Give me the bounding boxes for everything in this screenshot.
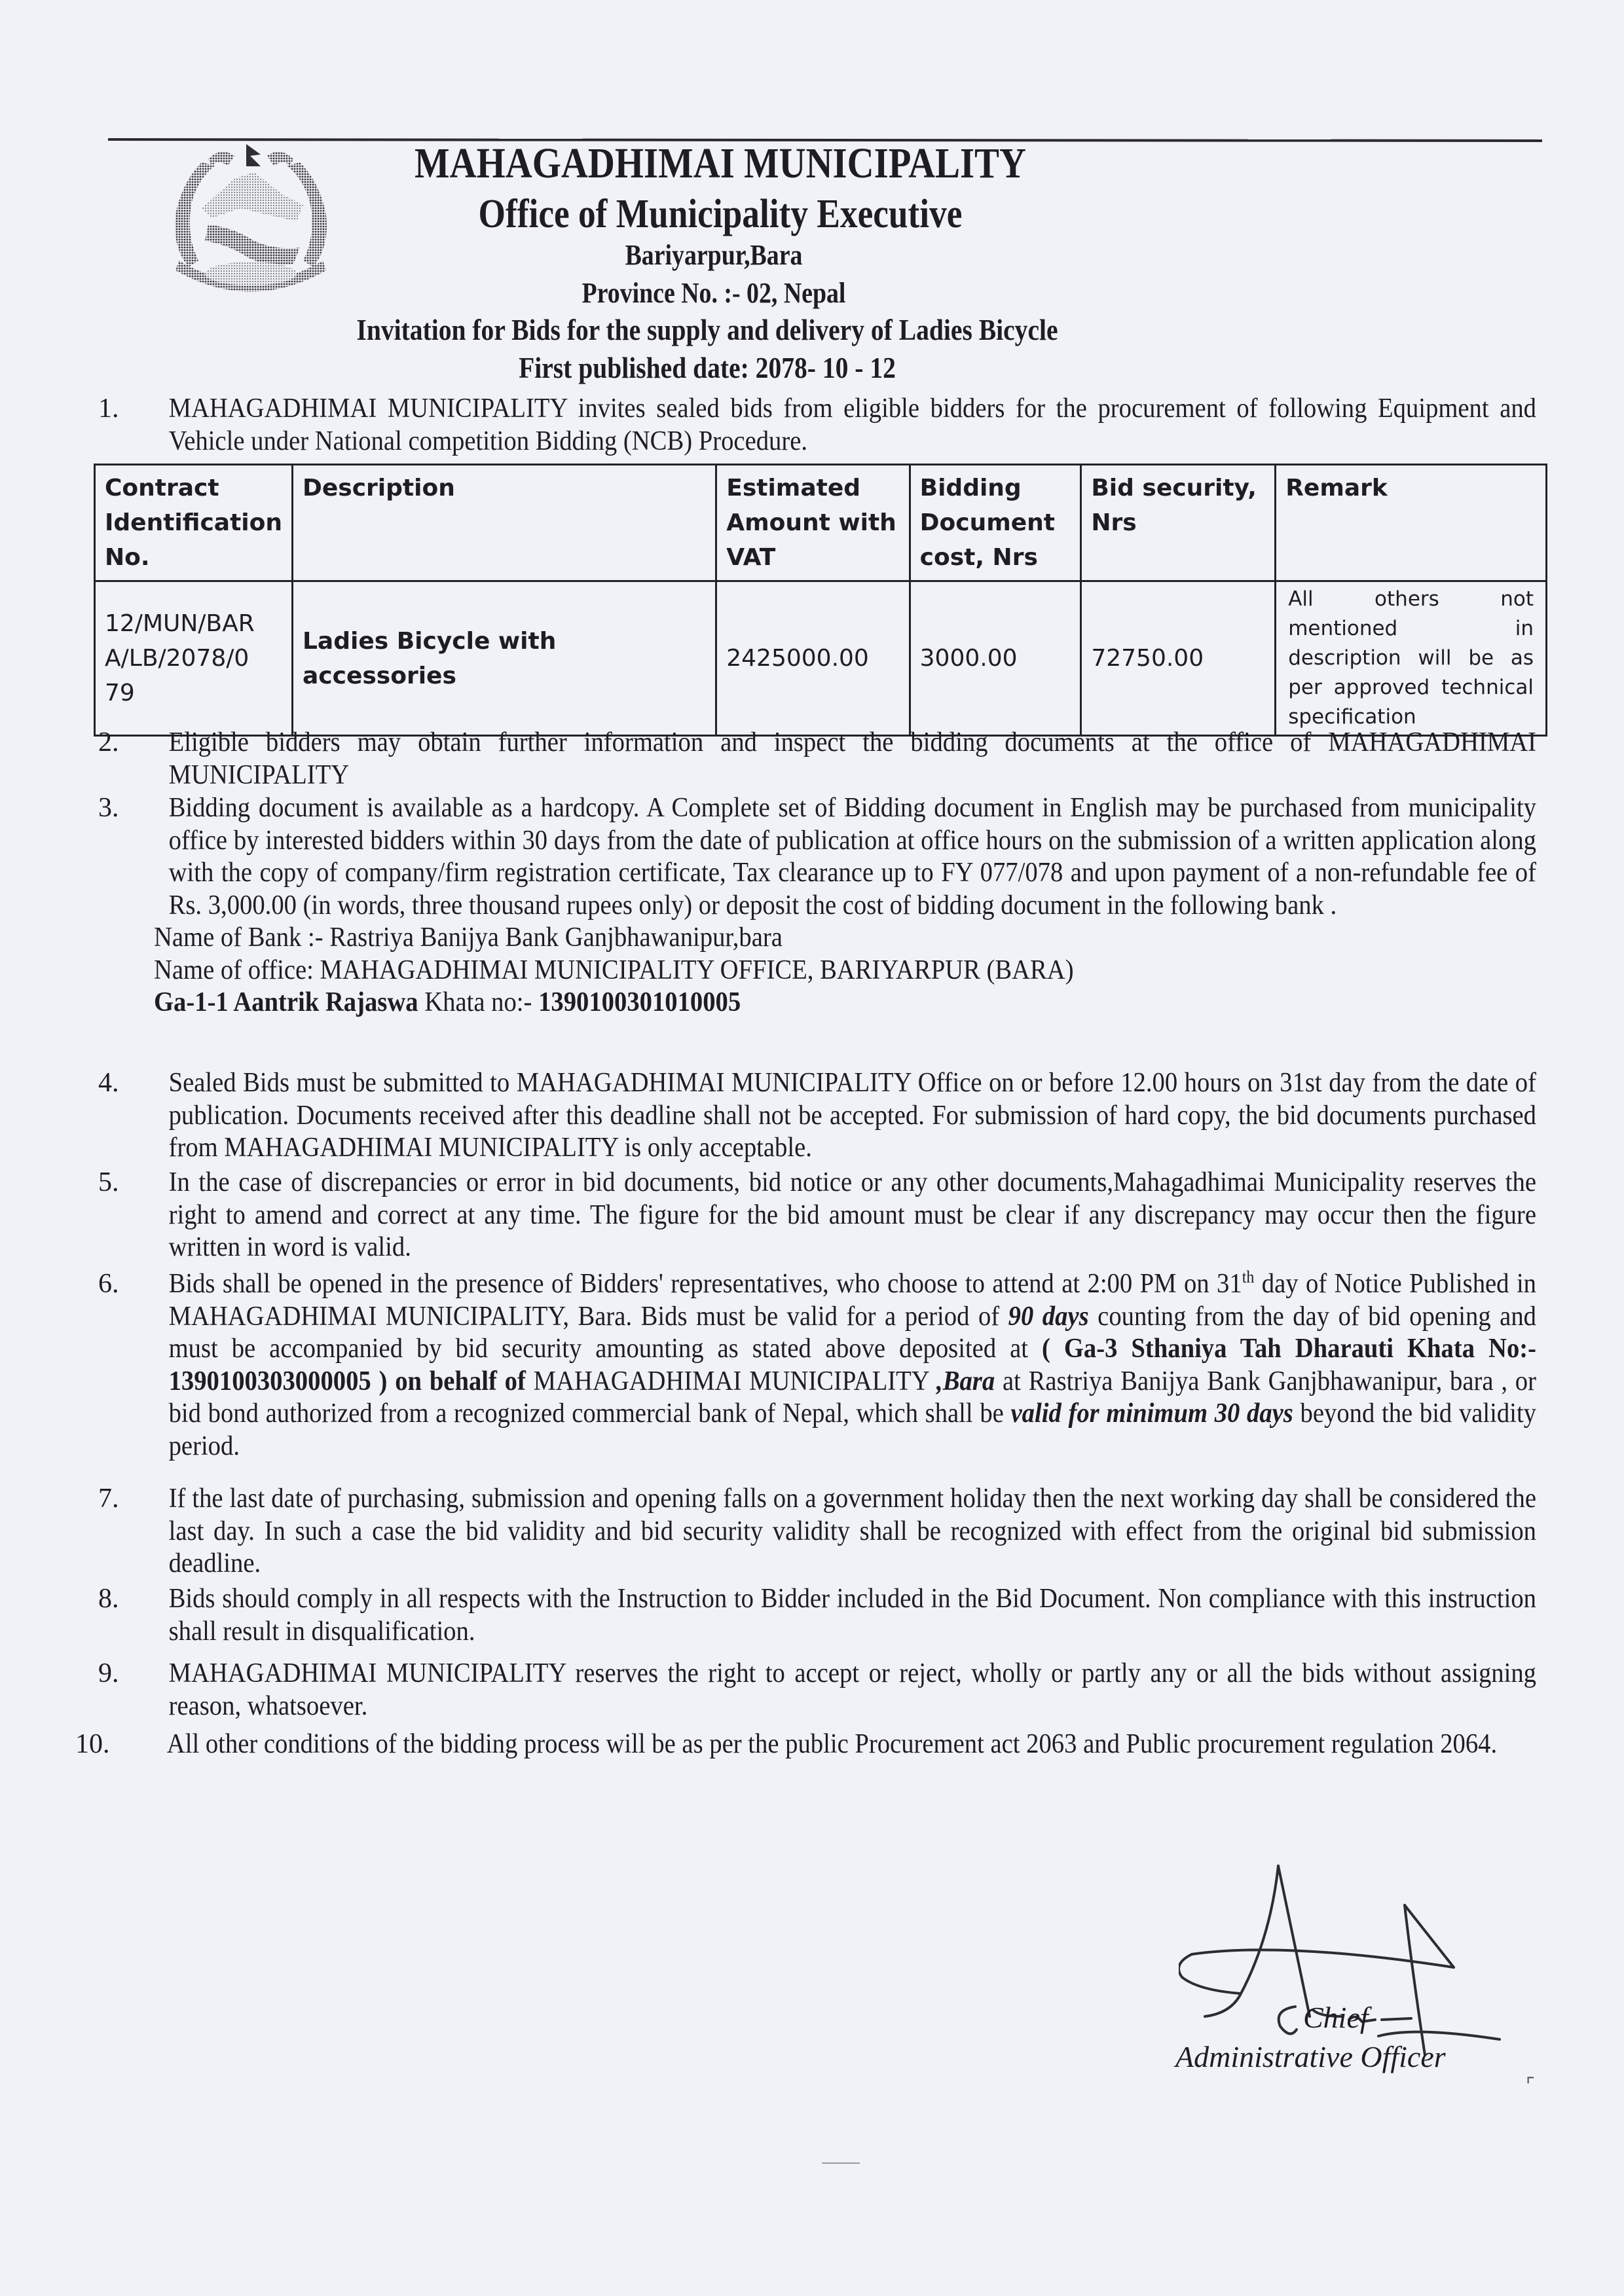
clause-text: If the last date of purchasing, submissi… <box>151 1483 1536 1580</box>
clause-text: MAHAGADHIMAI MUNICIPALITY invites sealed… <box>151 393 1536 458</box>
clause-number: 3. <box>98 792 119 825</box>
bid-table: Contract Identification No. Description … <box>94 464 1547 737</box>
clause-number: 1. <box>98 393 119 426</box>
cell-estimated-amount: 2425000.00 <box>716 581 910 736</box>
clause-6: 6. Bids shall be opened in the presence … <box>98 1268 1532 1463</box>
clause-text: MAHAGADHIMAI MUNICIPALITY reserves the r… <box>151 1658 1536 1722</box>
published-date: First published date: 2078- 10 - 12 <box>9 350 1406 385</box>
clause-4: 4. Sealed Bids must be submitted to MAHA… <box>98 1067 1532 1165</box>
clause-number: 4. <box>98 1067 119 1100</box>
col-header-bid-security: Bid security, Nrs <box>1081 465 1276 581</box>
clause-3: 3. Bidding document is available as a ha… <box>98 792 1532 1019</box>
clause-number: 10. <box>75 1728 110 1761</box>
clause-number: 7. <box>98 1483 119 1516</box>
clause-9: 9. MAHAGADHIMAI MUNICIPALITY reserves th… <box>98 1658 1532 1722</box>
cell-document-cost: 3000.00 <box>910 581 1081 736</box>
tick-mark-icon: ⌜ <box>1526 2074 1535 2097</box>
clause-number: 5. <box>98 1167 119 1199</box>
table-row: 12/MUN/BAR A/LB/2078/0 79 Ladies Bicycle… <box>95 581 1547 736</box>
cell-remark: All others not mentioned in description … <box>1276 581 1547 736</box>
clause-text: In the case of discrepancies or error in… <box>151 1167 1536 1264</box>
clause-5: 5. In the case of discrepancies or error… <box>98 1167 1532 1264</box>
office-name: Office of Municipality Executive <box>22 191 1419 238</box>
clause-number: 9. <box>98 1658 119 1690</box>
cell-description: Ladies Bicycle with accessories <box>292 581 716 736</box>
province: Province No. :- 02, Nepal <box>16 276 1412 310</box>
organization-name: MAHAGADHIMAI MUNICIPALITY <box>22 139 1419 189</box>
clause-2: 2. Eligible bidders may obtain further i… <box>98 727 1532 792</box>
clause-text: Bids should comply in all respects with … <box>151 1583 1536 1648</box>
clause-text: Bidding document is available as a hardc… <box>151 792 1536 922</box>
col-header-estimated-amount: Estimated Amount with VAT <box>716 465 910 581</box>
clause-7: 7. If the last date of purchasing, submi… <box>98 1483 1532 1580</box>
clause-text: Eligible bidders may obtain further info… <box>151 727 1536 792</box>
cell-bid-security: 72750.00 <box>1081 581 1276 736</box>
account-line: Ga-1-1 Aantrik Rajaswa Khata no:- 139010… <box>154 987 1540 1019</box>
account-label: Ga-1-1 Aantrik Rajaswa <box>154 987 418 1017</box>
col-header-description: Description <box>292 465 716 581</box>
office-address: Bariyarpur,Bara <box>16 238 1412 272</box>
clause-8: 8. Bids should comply in all respects wi… <box>98 1583 1532 1648</box>
account-number: 1390100301010005 <box>538 987 741 1017</box>
col-header-contract-id: Contract Identification No. <box>95 465 293 581</box>
bank-name: Name of Bank :- Rastriya Banijya Bank Ga… <box>154 922 1540 955</box>
contract-id-line: 79 <box>105 676 282 710</box>
clause-10: 10. All other conditions of the bidding … <box>75 1728 1509 1761</box>
clause-text: Bids shall be opened in the presence of … <box>151 1268 1536 1463</box>
signatory-title-line1: Chief <box>1303 2000 1369 2035</box>
page-mark <box>822 2162 860 2164</box>
notice-title: Invitation for Bids for the supply and d… <box>9 312 1406 347</box>
col-header-document-cost: Bidding Document cost, Nrs <box>910 465 1081 581</box>
clause-1: 1. MAHAGADHIMAI MUNICIPALITY invites sea… <box>98 393 1532 458</box>
clause-number: 2. <box>98 727 119 759</box>
cell-contract-id: 12/MUN/BAR A/LB/2078/0 79 <box>95 581 293 736</box>
contract-id-line: 12/MUN/BAR <box>105 606 282 641</box>
col-header-remark: Remark <box>1276 465 1547 581</box>
account-mid: Khata no:- <box>418 987 538 1017</box>
clause-number: 8. <box>98 1583 119 1616</box>
signatory-title-line2: Administrative Officer <box>1175 2039 1446 2074</box>
table-header-row: Contract Identification No. Description … <box>95 465 1547 581</box>
office-name-line: Name of office: MAHAGADHIMAI MUNICIPALIT… <box>154 955 1540 987</box>
clause-text: Sealed Bids must be submitted to MAHAGAD… <box>151 1067 1536 1165</box>
clause-number: 6. <box>98 1268 119 1301</box>
clause-text: All other conditions of the bidding proc… <box>128 1728 1555 1761</box>
contract-id-line: A/LB/2078/0 <box>105 641 282 676</box>
